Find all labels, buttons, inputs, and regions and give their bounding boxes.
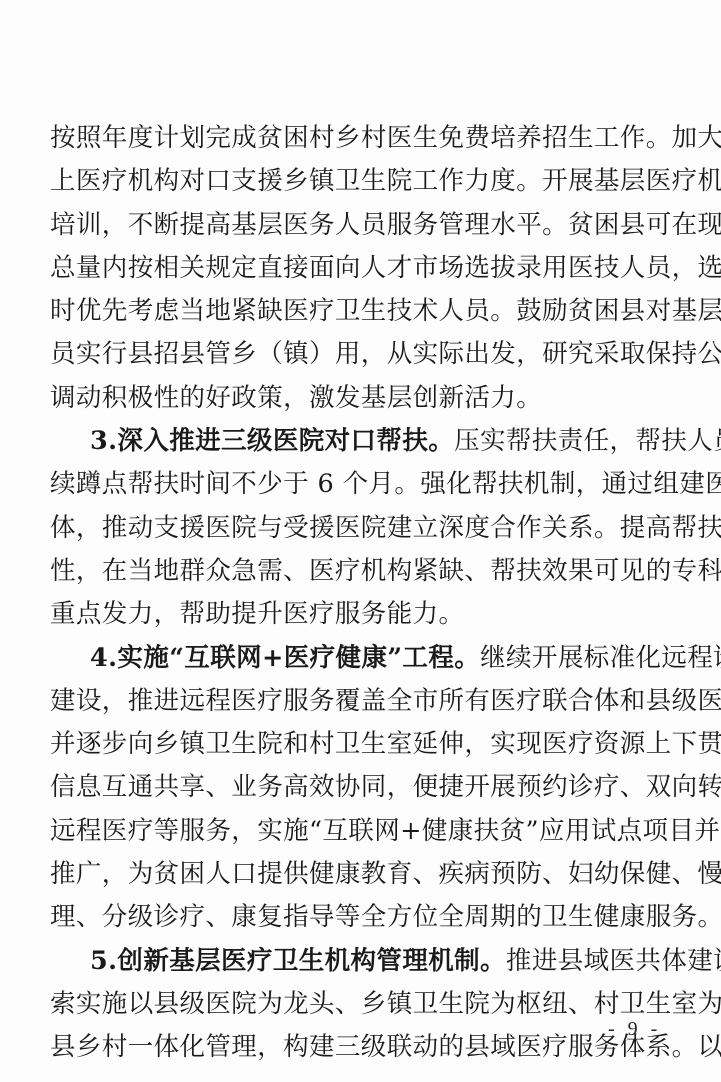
paragraph-item-5: 5.创新基层医疗卫生机构管理机制。推进县域医共体建设，探 索实施以县级医院为龙头… [50,940,674,1070]
text-line: 培训，不断提高基层医务人员服务管理水平。贫困县可在现有编制 [50,204,674,247]
text-line: 索实施以县级医院为龙头、乡镇卫生院为枢纽、村卫生室为基础的 [50,983,674,1026]
paragraph-continuation: 按照年度计划完成贫困村乡村医生免费培养招生工作。加大二级以 上医疗机构对口支援乡… [50,117,674,420]
text-line: 并逐步向乡镇卫生院和村卫生室延伸，实现医疗资源上下贯通、 [50,723,674,766]
text-line: 员实行县招县管乡（镇）用，从实际出发，研究采取保持公益性、 [50,333,674,376]
paragraph-item-3: 3.深入推进三级医院对口帮扶。压实帮扶责任，帮扶人员连 续蹲点帮扶时间不少于 6… [50,420,674,636]
text-span: 继续开展标准化远程诊室 [480,643,721,673]
page-number: - 9 - [608,1018,661,1041]
text-line: 体，推动支援医院与受援医院建立深度合作关系。提高帮扶针对 [50,507,674,550]
text-line: 建设，推进远程医疗服务覆盖全市所有医疗联合体和县级医院， [50,680,674,723]
text-line: 调动积极性的好政策，激发基层创新活力。 [50,377,674,420]
section-heading: 4.实施“互联网+医疗健康”工程。 [90,643,480,673]
text-line: 按照年度计划完成贫困村乡村医生免费培养招生工作。加大二级以 [50,117,674,160]
text-line: 推广，为贫困人口提供健康教育、疾病预防、妇幼保健、慢病管 [50,853,674,896]
document-body: 按照年度计划完成贫困村乡村医生免费培养招生工作。加大二级以 上医疗机构对口支援乡… [50,117,674,1070]
text-line: 县乡村一体化管理，构建三级联动的县域医疗服务体系。以重大、 [50,1026,674,1069]
paragraph-item-4: 4.实施“互联网+医疗健康”工程。继续开展标准化远程诊室 建设，推进远程医疗服务… [50,637,674,940]
text-line: 4.实施“互联网+医疗健康”工程。继续开展标准化远程诊室 [50,637,674,680]
text-span: 推进县域医共体建设，探 [506,946,721,976]
text-line: 性，在当地群众急需、医疗机构紧缺、帮扶效果可见的专科领域 [50,550,674,593]
text-span: 压实帮扶责任，帮扶人员连 [454,426,721,456]
text-line: 总量内按相关规定直接面向人才市场选拔录用医技人员，选拔录用 [50,247,674,290]
text-line: 5.创新基层医疗卫生机构管理机制。推进县域医共体建设，探 [50,940,674,983]
text-line: 时优先考虑当地紧缺医疗卫生技术人员。鼓励贫困县对基层医务人 [50,290,674,333]
text-line: 信息互通共享、业务高效协同，便捷开展预约诊疗、双向转诊、 [50,766,674,809]
section-heading: 5.创新基层医疗卫生机构管理机制。 [90,946,506,976]
section-heading: 3.深入推进三级医院对口帮扶。 [90,426,454,456]
text-line: 远程医疗等服务，实施“互联网+健康扶贫”应用试点项目并逐步 [50,810,674,853]
text-line: 重点发力，帮助提升医疗服务能力。 [50,593,674,636]
text-line: 理、分级诊疗、康复指导等全方位全周期的卫生健康服务。 [50,896,674,939]
text-line: 上医疗机构对口支援乡镇卫生院工作力度。开展基层医疗机构人员 [50,160,674,203]
text-line: 3.深入推进三级医院对口帮扶。压实帮扶责任，帮扶人员连 [50,420,674,463]
text-line: 续蹲点帮扶时间不少于 6 个月。强化帮扶机制，通过组建医联 [50,463,674,506]
